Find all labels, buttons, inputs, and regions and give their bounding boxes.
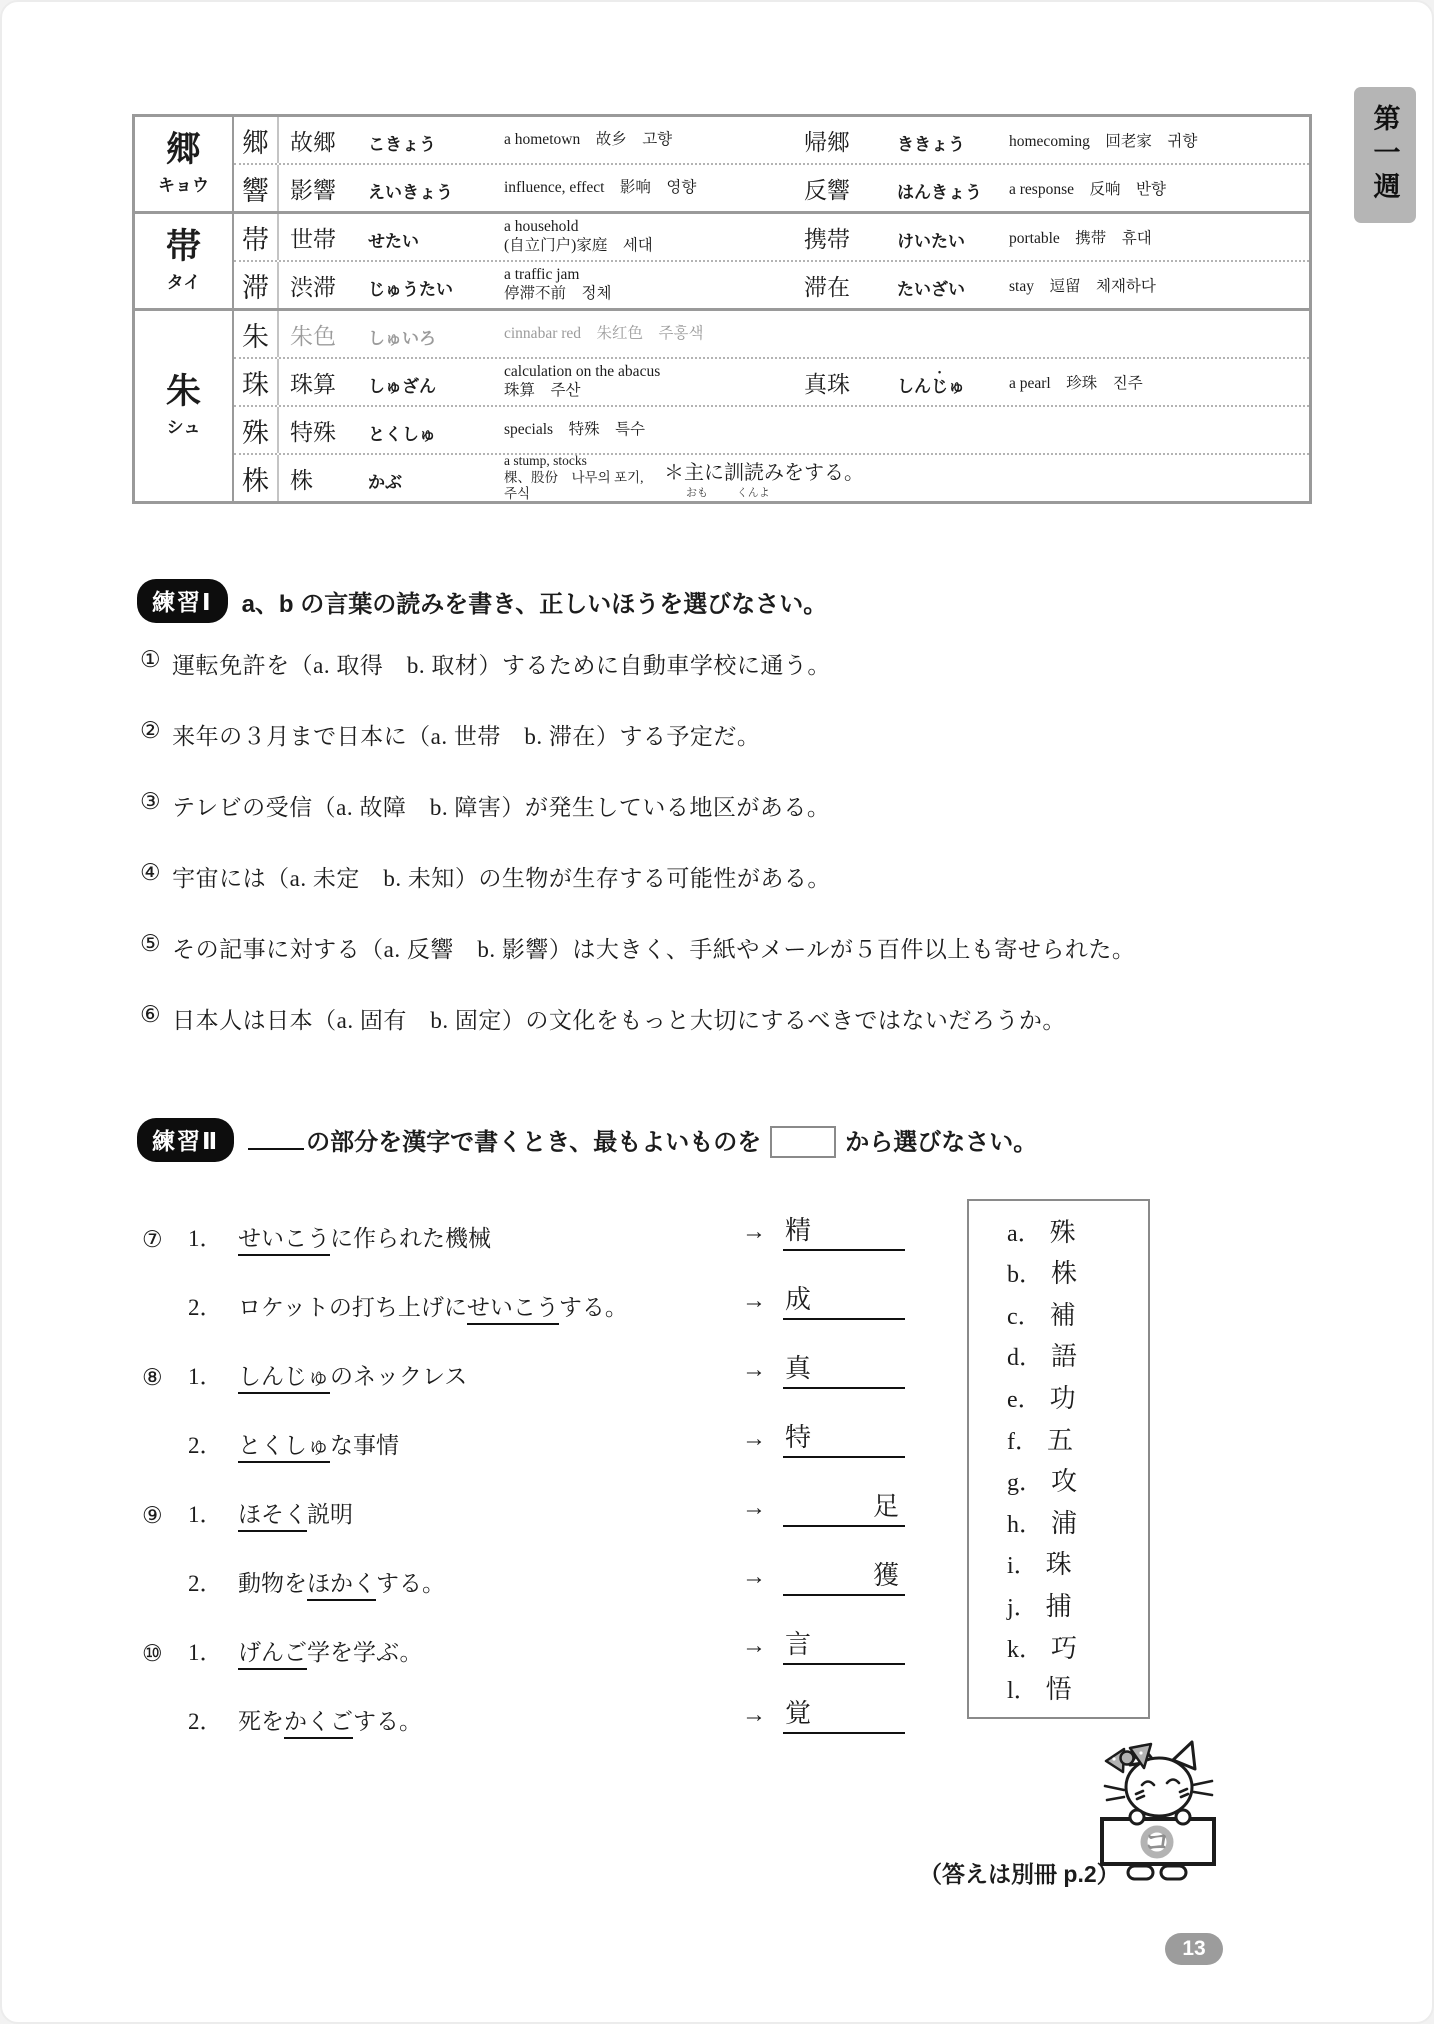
note-text: ＊主に訓読みをする。 <box>664 456 1309 485</box>
text-post: のネックレス <box>330 1364 467 1389</box>
meaning-line2: 停滞不前 정체 <box>504 285 804 304</box>
underlined-kana: せいこう <box>467 1295 559 1325</box>
exercise-text: 動物をほかくする。 <box>238 1565 445 1598</box>
answer-blank: 精 <box>783 1210 905 1251</box>
practice1-badge: 練習Ⅰ <box>137 579 228 623</box>
vocab-word-2: 反響 はんきょう <box>804 172 1009 205</box>
option-letter: g． <box>1007 1462 1043 1497</box>
word-meaning: a stump, stocks 棵、股份 나무의 포기, 주식 <box>504 453 656 502</box>
answer-blank: 成 <box>783 1279 905 1320</box>
word-text: 渋滞 <box>290 269 368 302</box>
word-meaning: cinnabar red 朱红色 주홍색 <box>504 325 804 344</box>
arrow-icon: → <box>742 1288 766 1315</box>
arrow-icon: → <box>742 1495 766 1522</box>
word2-text: 反響 <box>804 172 897 205</box>
option-kanji: 殊 <box>1050 1212 1076 1249</box>
main-kanji-reading: キョウ <box>158 171 209 196</box>
meaning-line2: 珠算 주산 <box>504 382 804 401</box>
option-letter: d． <box>1007 1337 1043 1372</box>
option-item: f．五 <box>1007 1420 1148 1457</box>
question-sentence: ④ 宇宙には（a. 未定 b. 未知）の生物が生存する可能性がある。 <box>140 860 1135 893</box>
table-row: 株 株 かぶ a stump, stocks 棵、股份 나무의 포기, 주식 ＊… <box>234 453 1309 501</box>
sub-number: 1． <box>188 1220 238 1253</box>
practice2-header: 練習Ⅱ の部分を漢字で書くとき、最もよいものをから選びなさい。 <box>137 1118 1037 1162</box>
kanji-group: 郷 キョウ 郷 故郷 こきょう a hometown 故乡 고향 帰郷 ききょう… <box>135 117 1309 211</box>
sub-number: 2． <box>188 1289 238 1322</box>
option-kanji: 補 <box>1050 1295 1076 1332</box>
main-kanji: 郷 <box>166 132 201 167</box>
option-item: j．捕 <box>1007 1586 1148 1623</box>
exercise-text: せいこうに作られた機械 <box>238 1220 491 1253</box>
word-reading: しゅざん <box>368 372 436 397</box>
vocab-word: 朱色 しゅいろ <box>279 318 504 351</box>
cat-mascot-icon: コ <box>1095 1738 1221 1898</box>
option-item: i．珠 <box>1007 1544 1148 1581</box>
meaning-line1: a household <box>504 218 804 237</box>
option-kanji: 捕 <box>1046 1586 1072 1623</box>
word-reading: せたい <box>368 227 419 252</box>
underlined-kana: せいこう <box>238 1226 330 1256</box>
question-text: 来年の３月まで日本に（a. 世帯 b. 滞在）する予定だ。 <box>172 718 760 751</box>
answer-blank: 足 <box>783 1486 905 1527</box>
exercise-text: とくしゅな事情 <box>238 1427 399 1460</box>
word-reading: とくしゅ <box>368 420 436 445</box>
vocab-word-2: 帰郷 ききょう <box>804 124 1009 157</box>
main-kanji: 帯 <box>166 229 201 264</box>
question-number: ① <box>140 647 161 680</box>
option-kanji: 攻 <box>1051 1461 1077 1498</box>
vocab-word: 影響 えいきょう <box>279 172 504 205</box>
table-row: 響 影響 えいきょう influence, effect 影响 영향 反響 はん… <box>234 163 1309 211</box>
word-meaning: influence, effect 影响 영향 <box>504 179 804 198</box>
table-row: 帯 世帯 せたい a household (自立门户)家庭 세대 携帯 けいたい… <box>234 214 1309 260</box>
underlined-kana: ほかく <box>307 1571 376 1601</box>
word2-reading: はんきょう <box>897 178 982 203</box>
vocab-word: 株 かぶ <box>279 462 504 495</box>
option-letter: f． <box>1007 1421 1039 1456</box>
text-post: 説明 <box>307 1502 353 1527</box>
word2-reading: しんじゅ <box>897 367 965 397</box>
arrow-icon: → <box>742 1633 766 1660</box>
word2-text: 滞在 <box>804 269 897 302</box>
question-sentence: ③ テレビの受信（a. 故障 b. 障害）が発生している地区がある。 <box>140 789 1135 822</box>
sub-number: 2． <box>188 1427 238 1460</box>
question-sentence: ② 来年の３月まで日本に（a. 世帯 b. 滞在）する予定だ。 <box>140 718 1135 751</box>
variant-kanji: 滞 <box>234 262 279 308</box>
practice1-instruction: a、b の言葉の読みを書き、正しいほうを選びなさい。 <box>242 584 828 619</box>
reading-part: しん <box>897 377 931 396</box>
option-kanji: 五 <box>1047 1420 1073 1457</box>
page-number-badge: 13 <box>1165 1933 1223 1965</box>
option-item: e．功 <box>1007 1378 1148 1415</box>
reading-emphasized: じ <box>931 377 948 396</box>
option-letter: j． <box>1007 1587 1038 1622</box>
meaning-line1: a traffic jam <box>504 266 804 285</box>
question-number: ⑩ <box>142 1641 188 1667</box>
exercise-text: ほそく説明 <box>238 1496 353 1529</box>
word-meaning: a hometown 故乡 고향 <box>504 131 804 150</box>
question-sentence: ⑤ その記事に対する（a. 反響 b. 影響）は大きく、手紙やメールが５百件以上… <box>140 931 1135 964</box>
word-meaning: calculation on the abacus 珠算 주산 <box>504 363 804 401</box>
variant-kanji: 珠 <box>234 359 279 405</box>
table-row: 殊 特殊 とくしゅ specials 特殊 특수 <box>234 405 1309 453</box>
question-number: ⑨ <box>142 1503 188 1529</box>
table-row: 珠 珠算 しゅざん calculation on the abacus 珠算 주… <box>234 357 1309 405</box>
word-text: 朱色 <box>290 318 368 351</box>
word-text: 特殊 <box>290 414 368 447</box>
option-letter: i． <box>1007 1545 1038 1580</box>
word-reading: じゅうたい <box>368 275 453 300</box>
option-kanji: 珠 <box>1046 1544 1072 1581</box>
group-rows: 朱 朱色 しゅいろ cinnabar red 朱红色 주홍색 珠 珠算 しゅざん… <box>234 311 1309 501</box>
sub-number: 2． <box>188 1703 238 1736</box>
vocab-word: 故郷 こきょう <box>279 124 504 157</box>
question-number: ④ <box>140 860 161 893</box>
main-kanji-cell: 帯 タイ <box>135 214 234 308</box>
word-text: 故郷 <box>290 124 368 157</box>
text-pre: 死を <box>238 1709 284 1734</box>
option-letter: b． <box>1007 1254 1043 1289</box>
sub-number: 1． <box>188 1496 238 1529</box>
meaning-line1: calculation on the abacus <box>504 363 804 382</box>
option-letter: k． <box>1007 1629 1043 1664</box>
word-reading: こきょう <box>368 130 436 155</box>
sub-number: 1． <box>188 1634 238 1667</box>
instruction-text-1: の部分を漢字で書くとき、最もよいものを <box>306 1129 761 1156</box>
exercise-text: 死をかくごする。 <box>238 1703 422 1736</box>
main-kanji: 朱 <box>166 374 201 409</box>
vocab-word: 特殊 とくしゅ <box>279 414 504 447</box>
textbook-page: 第一週 郷 キョウ 郷 故郷 こきょう a hometown 故乡 고향 帰郷 <box>0 0 1434 2024</box>
word-text: 株 <box>290 462 368 495</box>
sub-number: 1． <box>188 1358 238 1391</box>
word-reading: えいきょう <box>368 178 453 203</box>
option-letter: e． <box>1007 1379 1042 1414</box>
main-kanji-cell: 朱 シュ <box>135 311 234 501</box>
choice-box-placeholder <box>770 1126 836 1158</box>
word2-meaning: homecoming 回老家 귀향 <box>1009 129 1309 151</box>
option-item: b．株 <box>1007 1253 1148 1290</box>
text-pre: ロケットの打ち上げに <box>238 1295 467 1320</box>
note-furigana: おも くんよ <box>664 484 1309 500</box>
answer-blank: 真 <box>783 1348 905 1389</box>
option-kanji: 巧 <box>1051 1628 1077 1665</box>
table-row: 郷 故郷 こきょう a hometown 故乡 고향 帰郷 ききょう homec… <box>234 117 1309 163</box>
underlined-kana: しんじゅ <box>238 1364 330 1394</box>
word-meaning: specials 特殊 특수 <box>504 421 804 440</box>
text-post: する。 <box>376 1571 445 1596</box>
week-tab: 第一週 <box>1354 87 1416 223</box>
practice2-instruction: の部分を漢字で書くとき、最もよいものをから選びなさい。 <box>248 1122 1037 1158</box>
option-item: c．補 <box>1007 1295 1148 1332</box>
word2-text: 携帯 <box>804 221 897 254</box>
variant-kanji: 響 <box>234 165 279 211</box>
option-kanji: 株 <box>1051 1253 1077 1290</box>
question-number: ② <box>140 718 161 751</box>
meaning-line1: a stump, stocks <box>504 453 656 469</box>
word2-text: 帰郷 <box>804 124 897 157</box>
option-item: g．攻 <box>1007 1461 1148 1498</box>
group-rows: 帯 世帯 せたい a household (自立门户)家庭 세대 携帯 けいたい… <box>234 214 1309 308</box>
word-reading: かぶ <box>368 468 402 493</box>
text-post: する。 <box>559 1295 628 1320</box>
question-number: ⑤ <box>140 931 161 964</box>
option-letter: a． <box>1007 1213 1042 1248</box>
kanji-table: 郷 キョウ 郷 故郷 こきょう a hometown 故乡 고향 帰郷 ききょう… <box>132 114 1312 504</box>
word-meaning: a traffic jam 停滞不前 정체 <box>504 266 804 304</box>
note-furigana-2: くんよ <box>737 487 770 499</box>
vocab-word-2: 滞在 たいざい <box>804 269 1009 302</box>
answer-blank: 特 <box>783 1417 905 1458</box>
sub-number: 2． <box>188 1565 238 1598</box>
question-text: 運転免許を（a. 取得 b. 取材）するために自動車学校に通う。 <box>172 647 831 680</box>
group-rows: 郷 故郷 こきょう a hometown 故乡 고향 帰郷 ききょう homec… <box>234 117 1309 211</box>
answer-blank: 言 <box>783 1624 905 1665</box>
option-item: h．浦 <box>1007 1503 1148 1540</box>
word2-text: 真珠 <box>804 366 897 399</box>
text-post: に作られた機械 <box>330 1226 491 1251</box>
kanji-options-box: a．殊 b．株 c．補 d．語 e．功 f．五 g．攻 h．浦 i．珠 j．捕 … <box>967 1199 1150 1719</box>
kanji-group: 帯 タイ 帯 世帯 せたい a household (自立门户)家庭 세대 携帯 <box>135 211 1309 308</box>
answer-reference-note: （答えは別冊 p.2） <box>919 1856 1120 1889</box>
word2-reading: たいざい <box>897 275 965 300</box>
word-text: 世帯 <box>290 221 368 254</box>
main-kanji-reading: シュ <box>167 413 201 438</box>
arrow-icon: → <box>742 1357 766 1384</box>
question-number: ⑧ <box>142 1365 188 1391</box>
word-meaning: a household (自立门户)家庭 세대 <box>504 218 804 256</box>
question-text: テレビの受信（a. 故障 b. 障害）が発生している地区がある。 <box>172 789 830 822</box>
option-item: a．殊 <box>1007 1212 1148 1249</box>
word2-meaning: portable 携带 휴대 <box>1009 226 1309 248</box>
variant-kanji: 殊 <box>234 407 279 453</box>
option-letter: c． <box>1007 1296 1042 1331</box>
practice1-items: ① 運転免許を（a. 取得 b. 取材）するために自動車学校に通う。 ② 来年の… <box>140 647 1135 1035</box>
vocab-word: 渋滞 じゅうたい <box>279 269 504 302</box>
main-kanji-cell: 郷 キョウ <box>135 117 234 211</box>
cat-mascot: コ <box>1095 1738 1221 1903</box>
question-number: ⑥ <box>140 1002 161 1035</box>
kunyomi-note: ＊主に訓読みをする。 おも くんよ <box>656 456 1309 500</box>
instruction-text-2: から選びなさい。 <box>845 1129 1037 1156</box>
question-number: ⑦ <box>142 1227 188 1253</box>
option-kanji: 悟 <box>1046 1669 1072 1706</box>
variant-kanji: 株 <box>234 455 279 501</box>
word2-meaning: a response 反响 반향 <box>1009 177 1309 199</box>
question-number: ③ <box>140 789 161 822</box>
option-kanji: 語 <box>1051 1336 1077 1373</box>
blank-underline <box>248 1126 304 1150</box>
practice1-header: 練習Ⅰ a、b の言葉の読みを書き、正しいほうを選びなさい。 <box>137 579 827 623</box>
variant-kanji: 郷 <box>234 117 279 163</box>
option-item: d．語 <box>1007 1336 1148 1373</box>
exercise-text: しんじゅのネックレス <box>238 1358 467 1391</box>
underlined-kana: げんご <box>238 1640 307 1670</box>
mascot-sign-text: コ <box>1144 1827 1170 1857</box>
answer-blank: 獲 <box>783 1555 905 1596</box>
question-text: 宇宙には（a. 未定 b. 未知）の生物が生存する可能性がある。 <box>172 860 831 893</box>
vocab-word-2: 真珠 しんじゅ <box>804 366 1009 399</box>
option-kanji: 功 <box>1050 1378 1076 1415</box>
arrow-icon: → <box>742 1564 766 1591</box>
word2-meaning: a pearl 珍珠 진주 <box>1009 371 1309 393</box>
question-text: その記事に対する（a. 反響 b. 影響）は大きく、手紙やメールが５百件以上も寄… <box>172 931 1135 964</box>
question-sentence: ⑥ 日本人は日本（a. 固有 b. 固定）の文化をもっと大切にするべきではないだ… <box>140 1002 1135 1035</box>
reading-part: ゅ <box>948 377 965 396</box>
option-kanji: 浦 <box>1051 1503 1077 1540</box>
underlined-kana: ほそく <box>238 1502 307 1532</box>
underlined-kana: かくご <box>284 1709 353 1739</box>
vocab-word: 珠算 しゅざん <box>279 366 504 399</box>
text-pre: 動物を <box>238 1571 307 1596</box>
option-letter: h． <box>1007 1504 1043 1539</box>
word2-reading: けいたい <box>897 227 965 252</box>
text-post: する。 <box>353 1709 422 1734</box>
underlined-kana: とくしゅ <box>238 1433 330 1463</box>
variant-kanji: 帯 <box>234 214 279 260</box>
text-post: 学を学ぶ。 <box>307 1640 422 1665</box>
main-kanji-reading: タイ <box>167 268 201 293</box>
option-letter: l． <box>1007 1670 1038 1705</box>
table-row: 滞 渋滞 じゅうたい a traffic jam 停滞不前 정체 滞在 たいざい… <box>234 260 1309 308</box>
question-text: 日本人は日本（a. 固有 b. 固定）の文化をもっと大切にするべきではないだろう… <box>172 1002 1066 1035</box>
kanji-group: 朱 シュ 朱 朱色 しゅいろ cinnabar red 朱红色 주홍색 珠 珠算 <box>135 308 1309 501</box>
practice2-badge: 練習Ⅱ <box>137 1118 234 1162</box>
exercise-text: げんご学を学ぶ。 <box>238 1634 422 1667</box>
vocab-word: 世帯 せたい <box>279 221 504 254</box>
meaning-line2: (自立门户)家庭 세대 <box>504 237 804 256</box>
note-furigana-1: おも <box>686 487 708 499</box>
question-sentence: ① 運転免許を（a. 取得 b. 取材）するために自動車学校に通う。 <box>140 647 1135 680</box>
option-item: l．悟 <box>1007 1669 1148 1706</box>
vocab-word-2: 携帯 けいたい <box>804 221 1009 254</box>
option-item: k．巧 <box>1007 1628 1148 1665</box>
exercise-text: ロケットの打ち上げにせいこうする。 <box>238 1289 628 1322</box>
text-post: な事情 <box>330 1433 399 1458</box>
word2-meaning: stay 逗留 체재하다 <box>1009 274 1309 296</box>
arrow-icon: → <box>742 1702 766 1729</box>
meaning-line2: 棵、股份 나무의 포기, 주식 <box>504 470 656 503</box>
table-row: 朱 朱色 しゅいろ cinnabar red 朱红色 주홍색 <box>234 311 1309 357</box>
word2-reading: ききょう <box>897 130 965 155</box>
word-text: 影響 <box>290 172 368 205</box>
answer-blank: 覚 <box>783 1693 905 1734</box>
word-text: 珠算 <box>290 366 368 399</box>
variant-kanji: 朱 <box>234 311 279 357</box>
arrow-icon: → <box>742 1426 766 1453</box>
arrow-icon: → <box>742 1219 766 1246</box>
word-reading: しゅいろ <box>368 324 436 349</box>
